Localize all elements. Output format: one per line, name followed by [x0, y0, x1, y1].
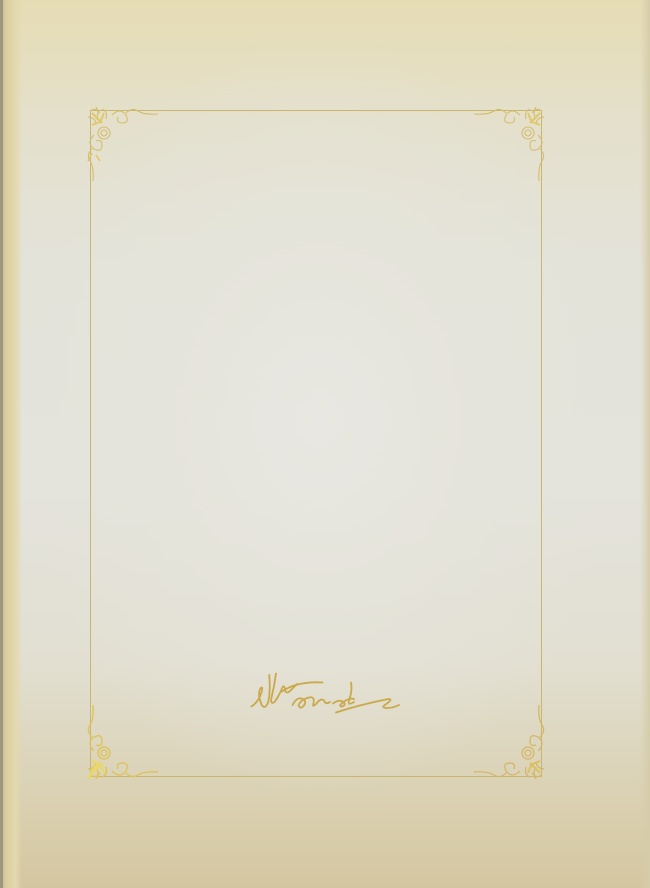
corner-ornament-bottom-left-icon [82, 703, 162, 783]
page-binding-edge [0, 0, 22, 888]
page-right-edge [640, 0, 650, 888]
corner-ornament-top-left-icon [82, 103, 162, 183]
document-page: Gold embossed handwritten signature (Tha… [0, 0, 650, 888]
corner-ornament-bottom-right-icon [470, 703, 550, 783]
corner-ornament-top-right-icon [470, 103, 550, 183]
gold-signature: Gold embossed handwritten signature (Tha… [215, 660, 430, 735]
